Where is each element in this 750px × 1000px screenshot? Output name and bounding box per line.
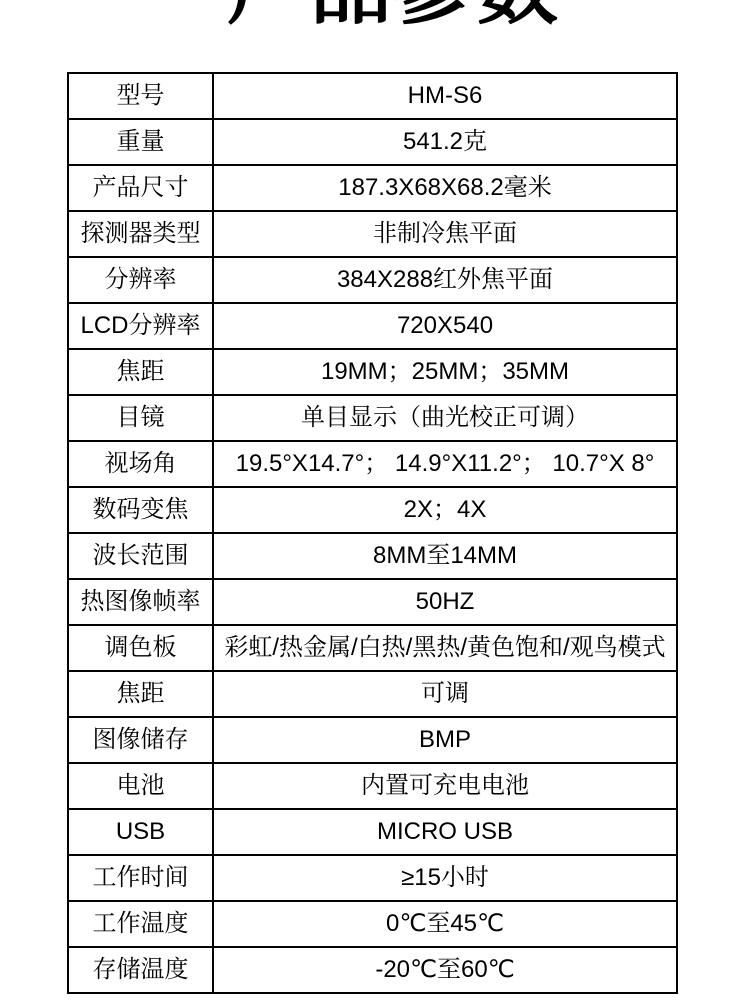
spec-row: 图像储存 BMP (68, 717, 677, 763)
spec-row: 工作温度 0℃至45℃ (68, 901, 677, 947)
spec-row: LCD分辨率 720X540 (68, 303, 677, 349)
spec-row: 分辨率 384X288红外焦平面 (68, 257, 677, 303)
spec-label: 调色板 (68, 625, 213, 671)
spec-label: 工作温度 (68, 901, 213, 947)
spec-row: 型号 HM-S6 (68, 73, 677, 119)
spec-value: MICRO USB (213, 809, 677, 855)
spec-label: 产品尺寸 (68, 165, 213, 211)
spec-row: 数码变焦 2X；4X (68, 487, 677, 533)
spec-row: 热图像帧率 50HZ (68, 579, 677, 625)
spec-label: 存储温度 (68, 947, 213, 993)
spec-label: 热图像帧率 (68, 579, 213, 625)
spec-row: 调色板 彩虹/热金属/白热/黑热/黄色饱和/观鸟模式 (68, 625, 677, 671)
spec-label: 数码变焦 (68, 487, 213, 533)
spec-label: 焦距 (68, 349, 213, 395)
spec-label: 探测器类型 (68, 211, 213, 257)
spec-label: 图像储存 (68, 717, 213, 763)
spec-label: 波长范围 (68, 533, 213, 579)
spec-row: 产品尺寸 187.3X68X68.2毫米 (68, 165, 677, 211)
spec-row: 焦距 可调 (68, 671, 677, 717)
spec-row: 电池 内置可充电电池 (68, 763, 677, 809)
spec-label: 目镜 (68, 395, 213, 441)
spec-value: 非制冷焦平面 (213, 211, 677, 257)
spec-value: 单目显示（曲光校正可调） (213, 395, 677, 441)
spec-label: 视场角 (68, 441, 213, 487)
spec-value: 彩虹/热金属/白热/黑热/黄色饱和/观鸟模式 (213, 625, 677, 671)
spec-label: 电池 (68, 763, 213, 809)
page-title: 产品参数 (18, 0, 750, 30)
spec-row: 探测器类型 非制冷焦平面 (68, 211, 677, 257)
spec-label: 重量 (68, 119, 213, 165)
spec-value: 187.3X68X68.2毫米 (213, 165, 677, 211)
spec-value: 384X288红外焦平面 (213, 257, 677, 303)
spec-row: 焦距 19MM；25MM；35MM (68, 349, 677, 395)
spec-label: 焦距 (68, 671, 213, 717)
spec-value: -20℃至60℃ (213, 947, 677, 993)
spec-row: USB MICRO USB (68, 809, 677, 855)
spec-value: 19MM；25MM；35MM (213, 349, 677, 395)
spec-table-body: 型号 HM-S6 重量 541.2克 产品尺寸 187.3X68X68.2毫米 … (68, 73, 677, 993)
spec-table: 型号 HM-S6 重量 541.2克 产品尺寸 187.3X68X68.2毫米 … (67, 72, 678, 994)
spec-value: 2X；4X (213, 487, 677, 533)
spec-value: 可调 (213, 671, 677, 717)
spec-row: 存储温度 -20℃至60℃ (68, 947, 677, 993)
spec-label: 工作时间 (68, 855, 213, 901)
spec-label: 分辨率 (68, 257, 213, 303)
spec-value: 0℃至45℃ (213, 901, 677, 947)
spec-row: 波长范围 8MM至14MM (68, 533, 677, 579)
spec-value: 720X540 (213, 303, 677, 349)
spec-value: ≥15小时 (213, 855, 677, 901)
spec-value: HM-S6 (213, 73, 677, 119)
spec-row: 工作时间 ≥15小时 (68, 855, 677, 901)
spec-row: 视场角 19.5°X14.7°； 14.9°X11.2°； 10.7°X 8° (68, 441, 677, 487)
spec-value: 541.2克 (213, 119, 677, 165)
spec-row: 目镜 单目显示（曲光校正可调） (68, 395, 677, 441)
spec-value: BMP (213, 717, 677, 763)
spec-value: 50HZ (213, 579, 677, 625)
spec-label: USB (68, 809, 213, 855)
spec-label: 型号 (68, 73, 213, 119)
spec-row: 重量 541.2克 (68, 119, 677, 165)
spec-value: 8MM至14MM (213, 533, 677, 579)
spec-value: 内置可充电电池 (213, 763, 677, 809)
spec-value: 19.5°X14.7°； 14.9°X11.2°； 10.7°X 8° (213, 441, 677, 487)
spec-label: LCD分辨率 (68, 303, 213, 349)
